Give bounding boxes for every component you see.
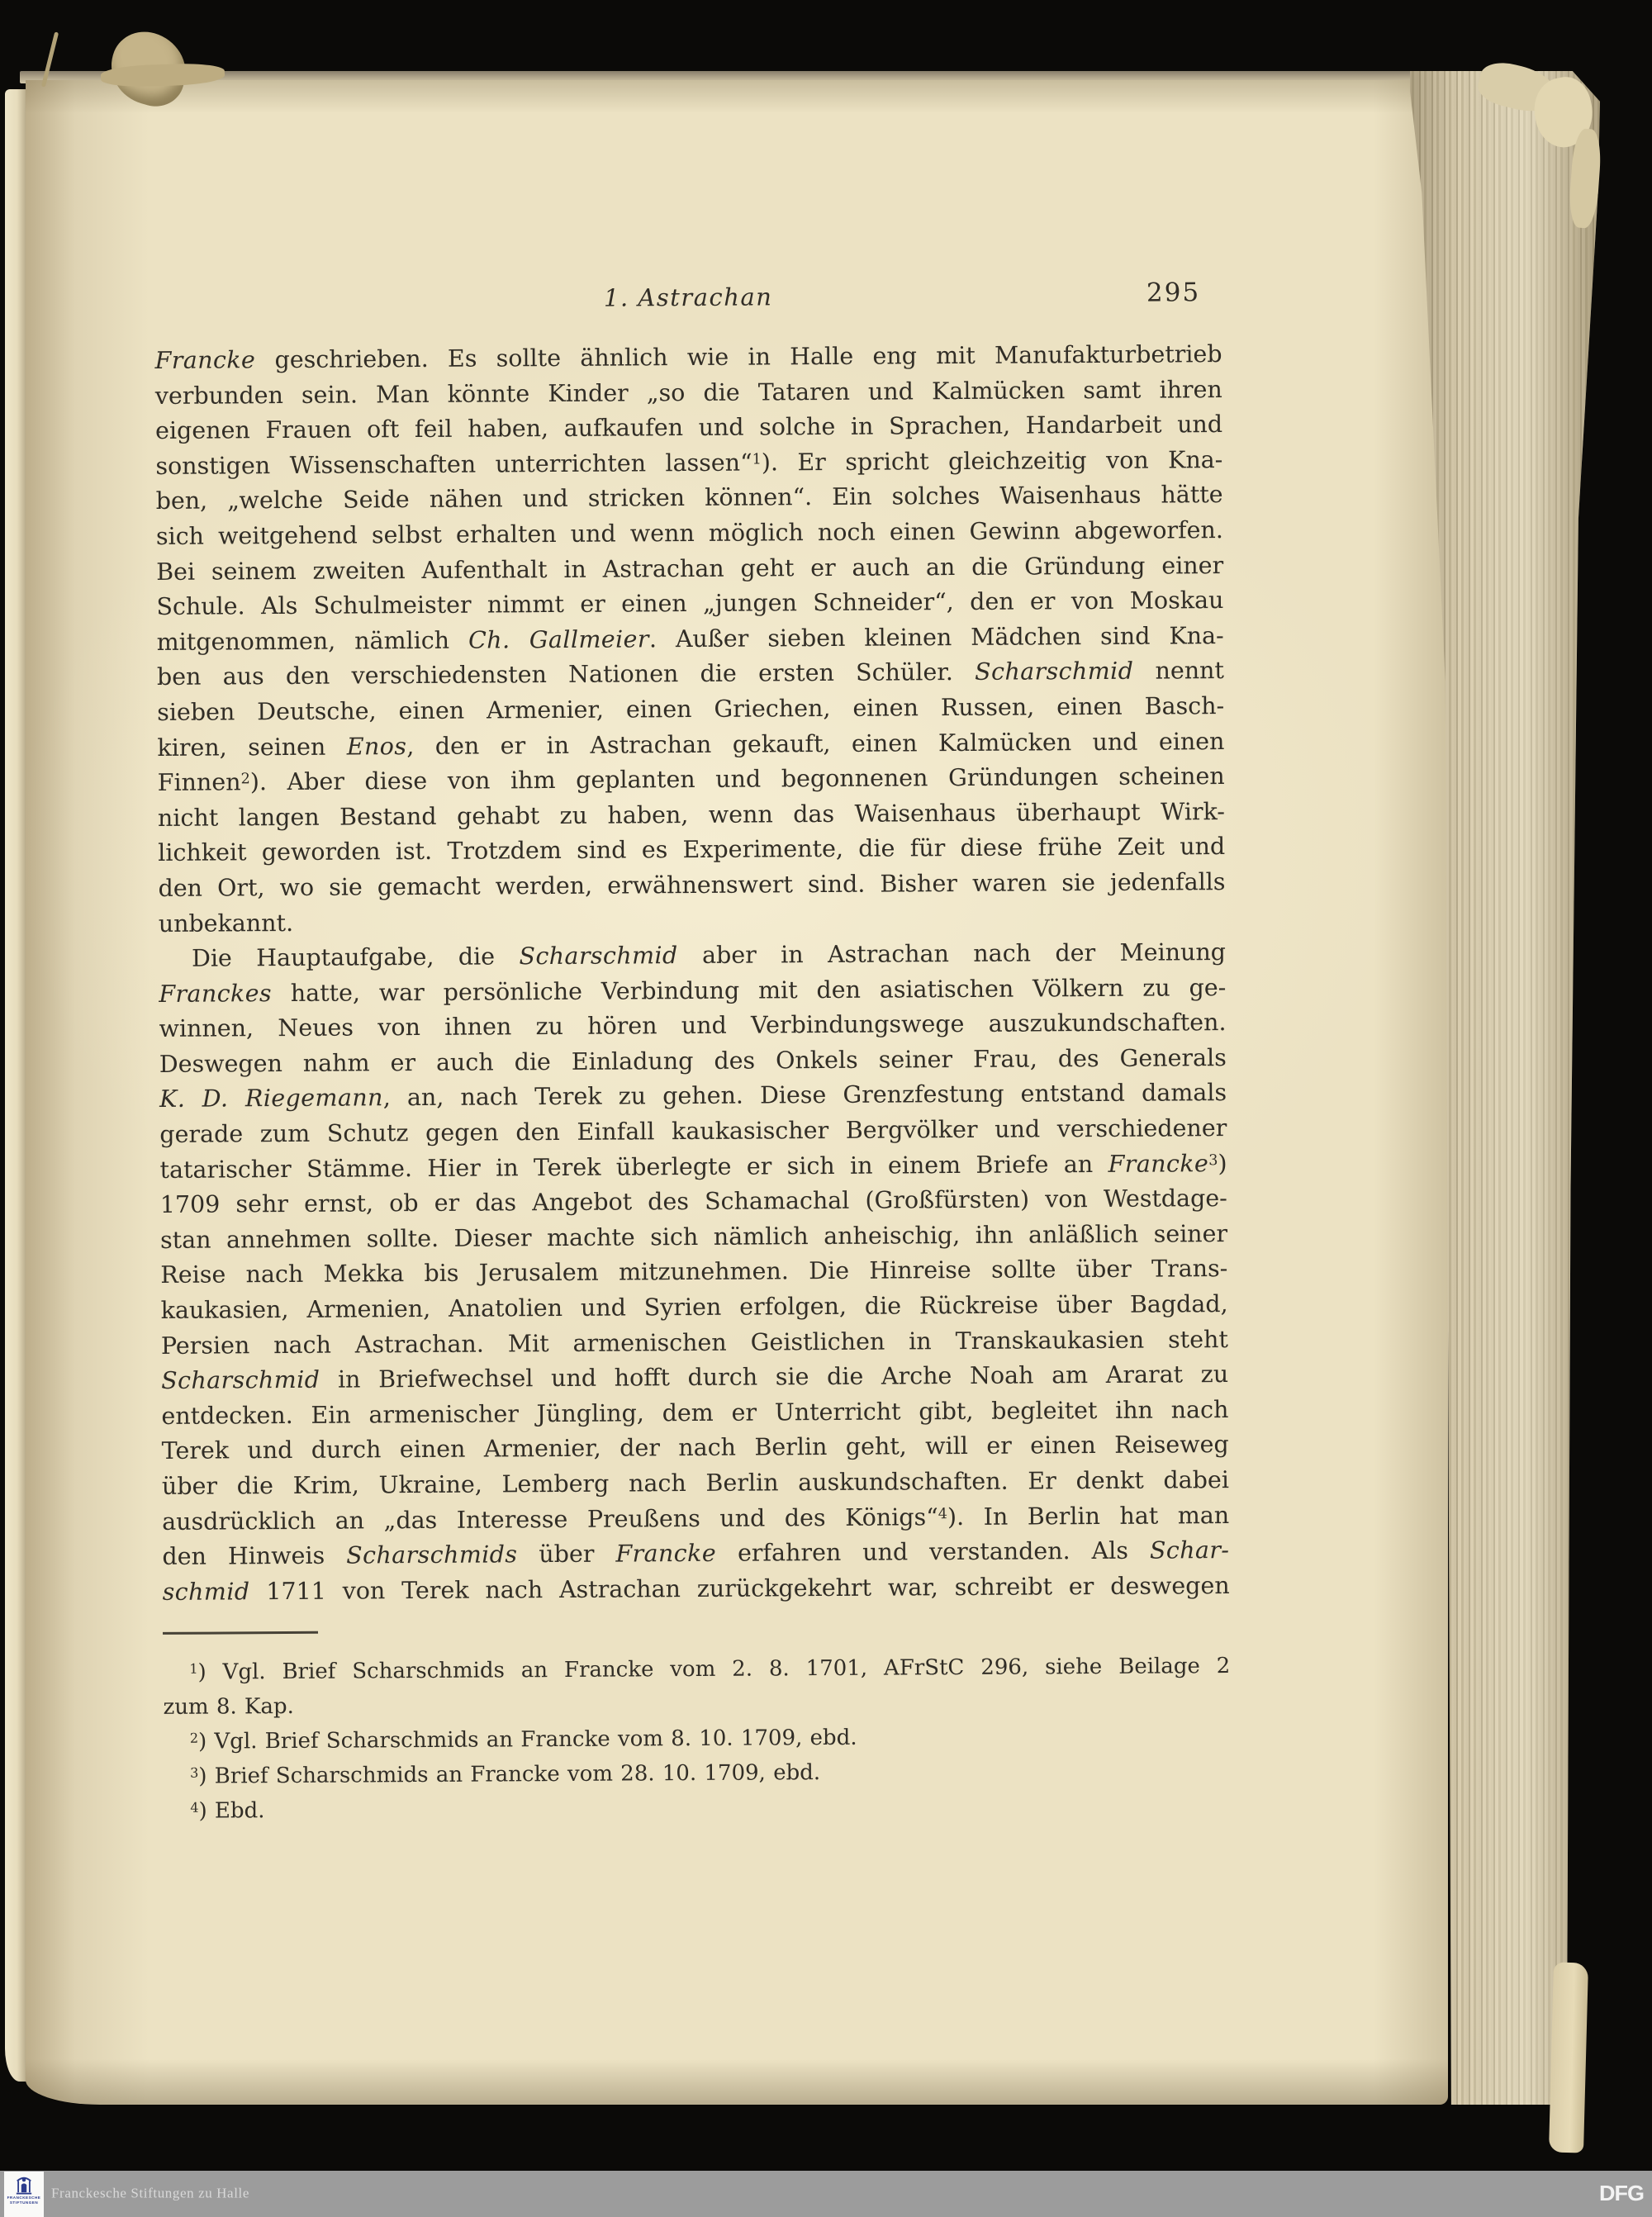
text-line: Die Hauptaufgabe, die Scharschmid aber i… xyxy=(159,935,1226,976)
text-line: eigenen Frauen oft feil haben, aufkaufen… xyxy=(155,407,1222,449)
text-line: 1709 sehr ernst, ob er das Angebot des S… xyxy=(160,1181,1227,1222)
text-line: Francke geschrieben. Es sollte ähnlich w… xyxy=(154,337,1222,378)
text-line: 1) Vgl. Brief Scharschmids an Francke vo… xyxy=(163,1649,1230,1690)
text-line: Scharschmid in Briefwechsel und hofft du… xyxy=(161,1357,1228,1398)
text-line: sich weitgehend selbst erhalten und wenn… xyxy=(156,513,1223,554)
chapter-heading: 1. Astrachan xyxy=(154,279,1222,316)
logo-caption-line: FRANCKESCHE xyxy=(7,2196,41,2200)
printed-text-layer: 1. Astrachan 295 Francke geschrieben. Es… xyxy=(154,279,1232,1897)
body-text: Francke geschrieben. Es sollte ähnlich w… xyxy=(154,337,1229,1610)
text-line: gerade zum Schutz gegen den Einfall kauk… xyxy=(159,1111,1227,1152)
text-line: 4) Ebd. xyxy=(164,1787,1231,1829)
footnote-separator-rule xyxy=(163,1631,318,1635)
text-line: den Ort, wo sie gemacht werden, erwähnen… xyxy=(158,865,1225,906)
stiftungen-emblem-icon xyxy=(15,2174,33,2196)
viewer-canvas: 1. Astrachan 295 Francke geschrieben. Es… xyxy=(0,0,1652,2217)
franckesche-stiftungen-logo: FRANCKESCHE STIFTUNGEN xyxy=(4,2172,44,2217)
viewer-footer-bar: FRANCKESCHE STIFTUNGEN Franckesche Stift… xyxy=(0,2171,1652,2217)
logo-caption-line: STIFTUNGEN xyxy=(7,2200,41,2205)
text-line: über die Krim, Ukraine, Lemberg nach Ber… xyxy=(162,1463,1229,1504)
text-line: schmid 1711 von Terek nach Astrachan zur… xyxy=(163,1569,1230,1610)
fore-edge-damage xyxy=(1549,1962,1588,2153)
logo-caption: FRANCKESCHE STIFTUNGEN xyxy=(7,2196,41,2205)
text-line: den Hinweis Scharschmids über Francke er… xyxy=(162,1533,1229,1574)
text-line: Finnen2). Aber diese von ihm geplanten u… xyxy=(158,759,1225,800)
text-line: sieben Deutsche, einen Armenier, einen G… xyxy=(157,689,1224,730)
page-number: 295 xyxy=(1146,278,1200,307)
text-line: kaukasien, Armenien, Anatolien und Syrie… xyxy=(161,1287,1228,1328)
footnotes: 1) Vgl. Brief Scharschmids an Francke vo… xyxy=(163,1649,1231,1829)
institution-name: Franckesche Stiftungen zu Halle xyxy=(51,2186,249,2202)
gutter-previous-page-edge xyxy=(5,89,27,2082)
running-head: 1. Astrachan 295 xyxy=(154,279,1222,319)
dfg-logo: DFG xyxy=(1599,2181,1644,2205)
text-line: Schule. Als Schulmeister nimmt er einen … xyxy=(156,583,1223,624)
